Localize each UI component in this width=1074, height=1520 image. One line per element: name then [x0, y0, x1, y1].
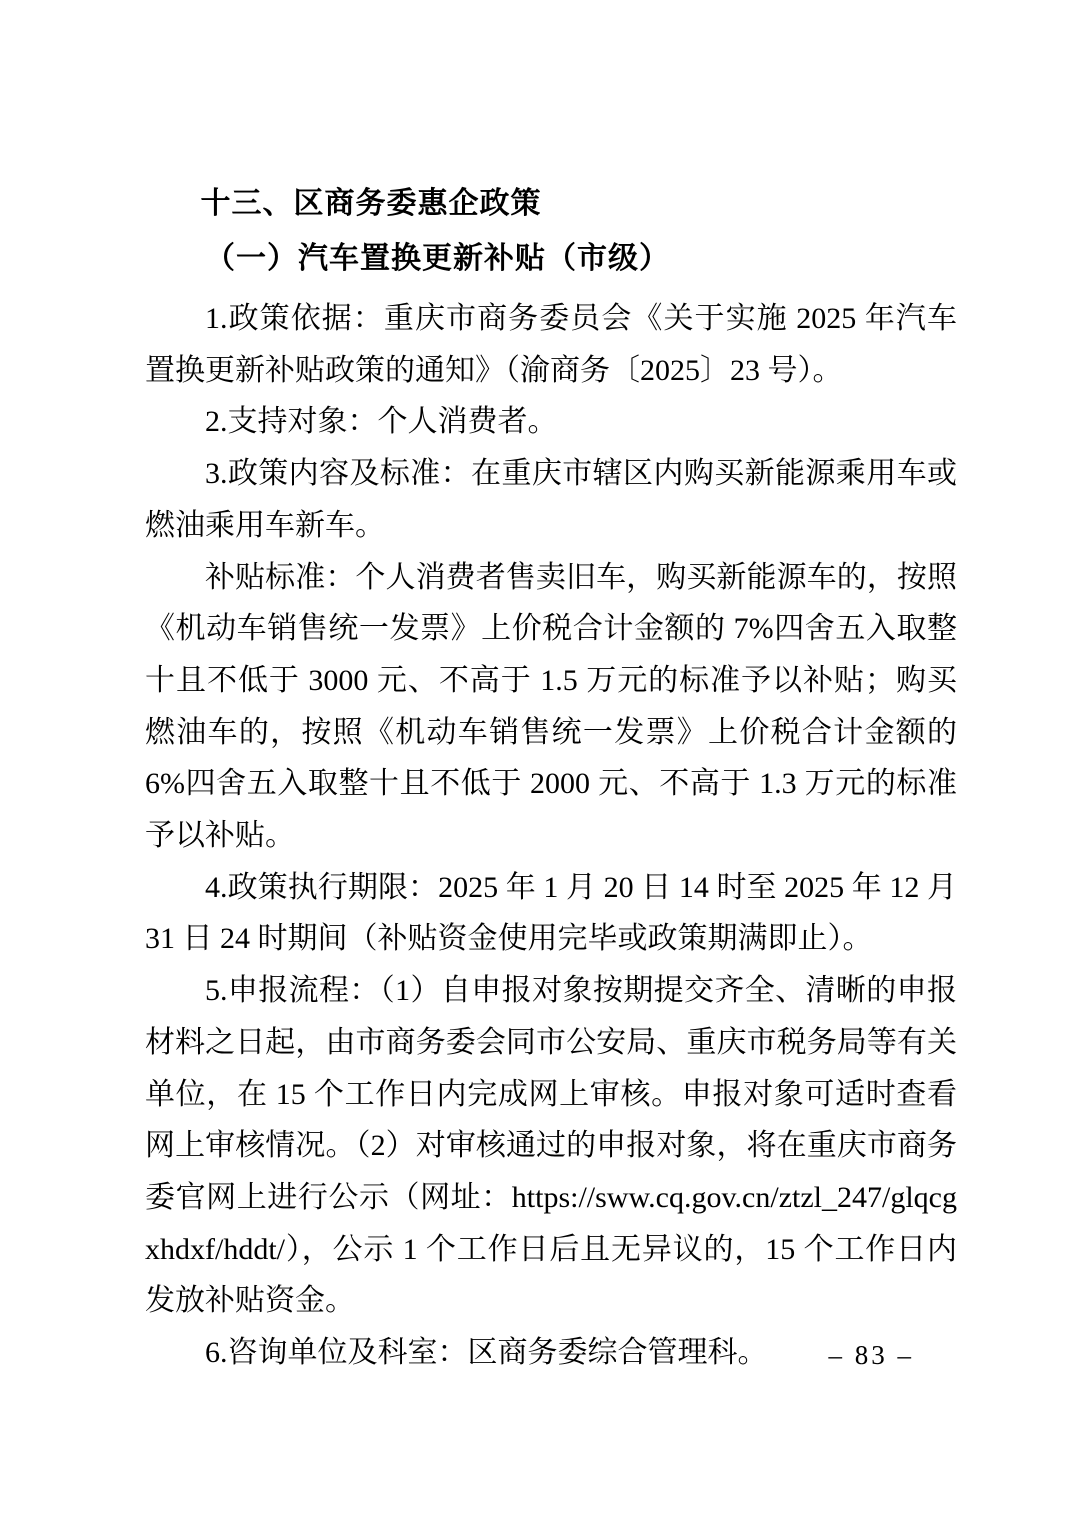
page-number: – 83 – [829, 1340, 915, 1371]
paragraph-policy-period: 4.政策执行期限：2025 年 1 月 20 日 14 时至 2025 年 12… [145, 862, 957, 965]
paragraph-policy-basis: 1.政策依据：重庆市商务委员会《关于实施 2025 年汽车置换更新补贴政策的通知… [145, 293, 957, 396]
document-body: 十三、区商务委惠企政策 （一）汽车置换更新补贴（市级） 1.政策依据：重庆市商务… [145, 178, 957, 1379]
paragraph-policy-content: 3.政策内容及标准：在重庆市辖区内购买新能源乘用车或燃油乘用车新车。 [145, 448, 957, 551]
paragraph-subsidy-standard: 补贴标准：个人消费者售卖旧车，购买新能源车的，按照《机动车销售统一发票》上价税合… [145, 552, 957, 862]
paragraph-support-target: 2.支持对象：个人消费者。 [145, 396, 957, 448]
paragraph-application-process: 5.申报流程：（1）自申报对象按期提交齐全、清晰的申报材料之日起，由市商务委会同… [145, 965, 957, 1327]
subsection-heading: （一）汽车置换更新补贴（市级） [145, 233, 957, 285]
section-heading: 十三、区商务委惠企政策 [145, 178, 957, 230]
document-page: 十三、区商务委惠企政策 （一）汽车置换更新补贴（市级） 1.政策依据：重庆市商务… [0, 0, 1074, 1520]
